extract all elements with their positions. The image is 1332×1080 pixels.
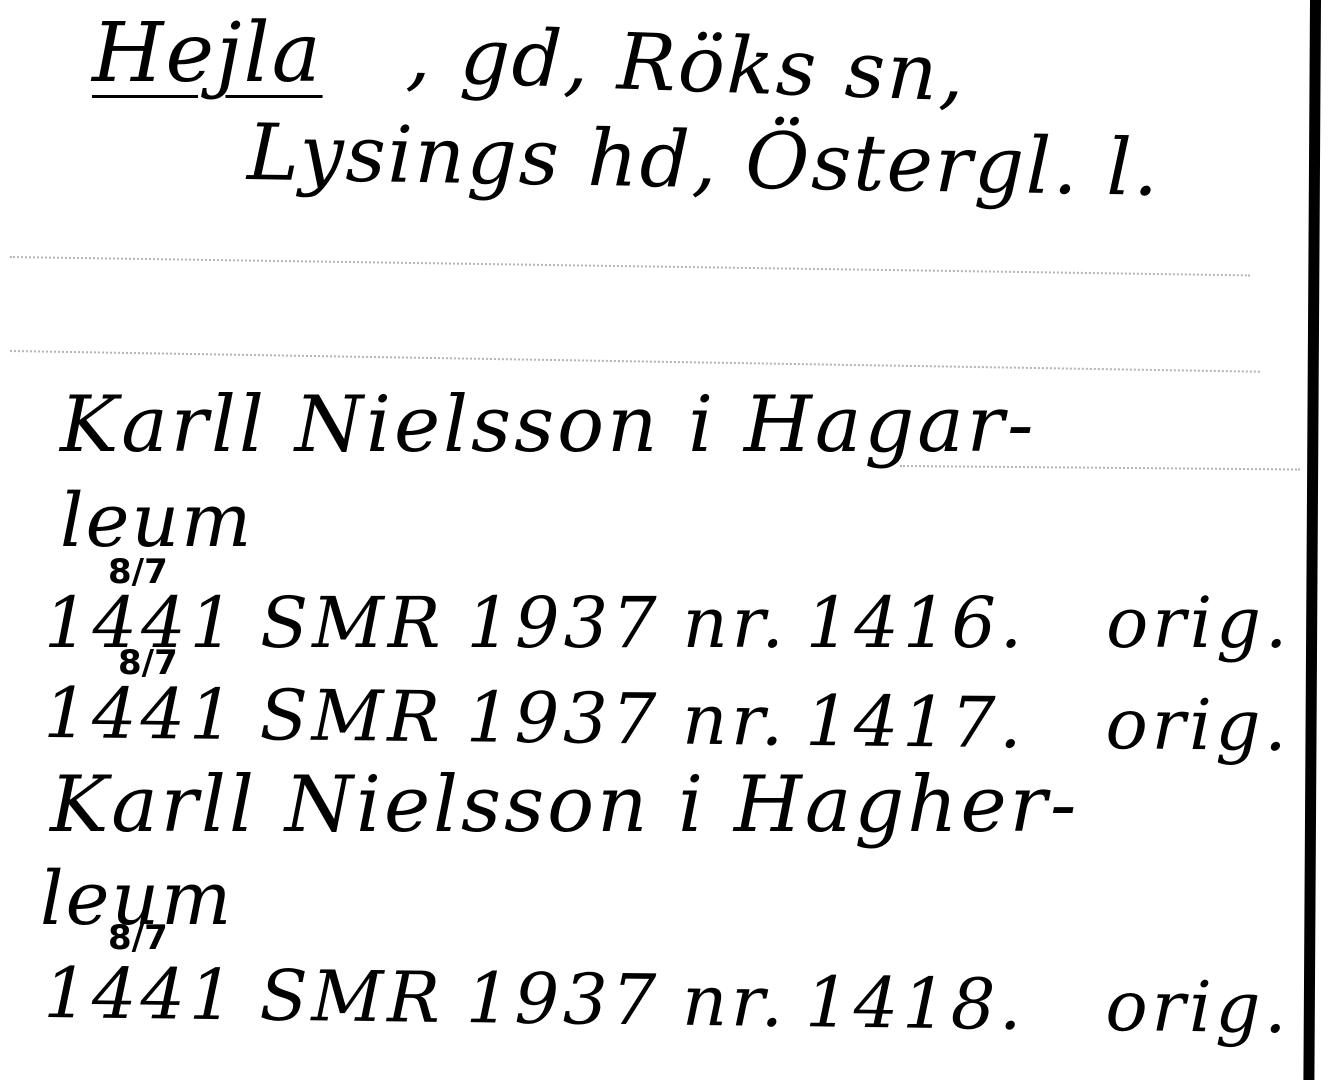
reference-nr-label: nr. — [682, 960, 788, 1043]
reference-year: 1441 — [43, 672, 238, 756]
entry-person: Karll Nielsson i Hagher- — [50, 760, 1079, 850]
reference-number: 1417. — [805, 680, 1026, 764]
card-edge — [1303, 0, 1321, 1080]
reference-year: 1441 — [43, 952, 238, 1036]
reference-volume: 1937 — [467, 582, 661, 664]
entry-person: Karll Nielsson i Hagar- — [60, 380, 1036, 470]
place-district: Lysings hd, Östergl. l. — [246, 108, 1161, 214]
ruled-line — [10, 350, 1260, 373]
reference-status: orig. — [1105, 965, 1291, 1049]
reference-status: orig. — [1106, 582, 1291, 664]
reference-number: 1416. — [806, 582, 1026, 664]
place-name: Hejla — [92, 6, 323, 101]
reference-volume: 1937 — [466, 676, 661, 760]
reference-nr-label: nr. — [682, 679, 788, 762]
place-descriptor: , gd, Röks sn, — [405, 10, 968, 119]
reference-status: orig. — [1105, 683, 1291, 767]
reference-source: SMR — [259, 955, 444, 1039]
reference-line: 1441SMR1937nr.1417.orig. — [43, 672, 1291, 767]
archive-card: Hejla , gd, Röks sn, Lysings hd, Östergl… — [0, 0, 1332, 1080]
reference-volume: 1937 — [465, 957, 660, 1041]
reference-line: 1441SMR1937nr.1416.orig. — [44, 582, 1291, 664]
reference-line: 1441SMR1937nr.1418.orig. — [43, 952, 1291, 1049]
ruled-line — [10, 256, 1250, 276]
reference-nr-label: nr. — [683, 582, 788, 664]
reference-source: SMR — [260, 582, 444, 664]
reference-number: 1418. — [805, 961, 1026, 1046]
reference-source: SMR — [259, 674, 444, 758]
